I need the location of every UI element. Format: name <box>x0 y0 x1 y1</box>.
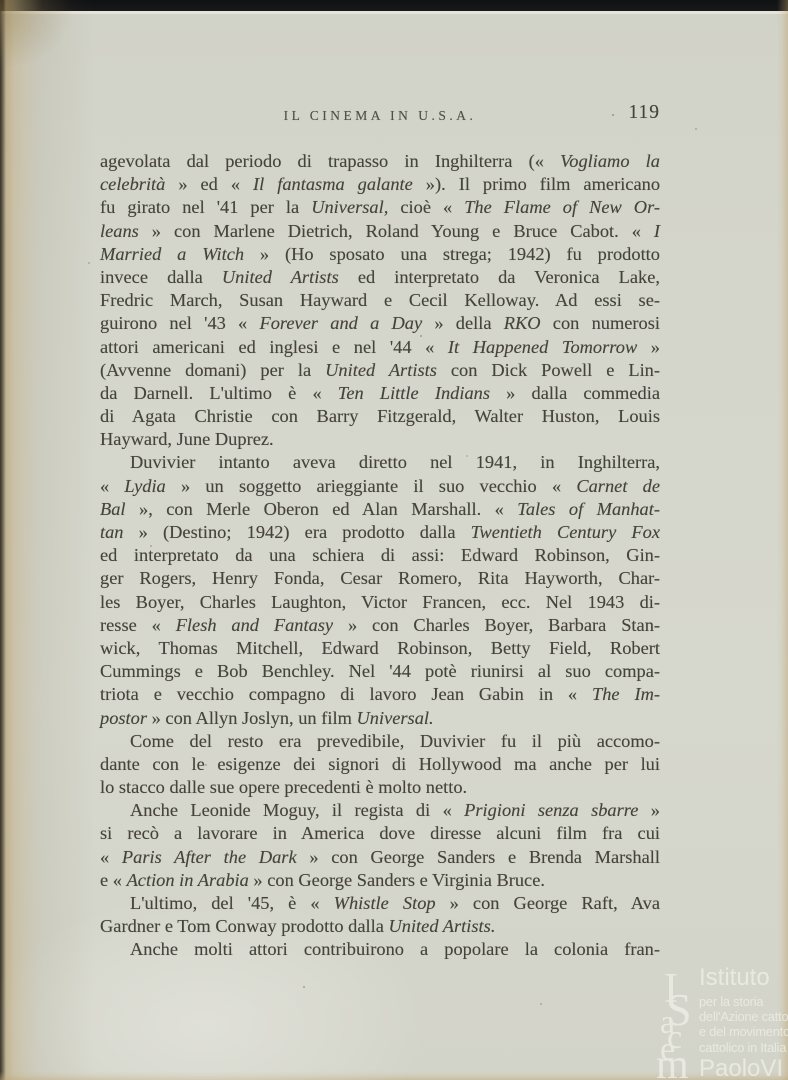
watermark-text-line: per la storia <box>699 996 788 1009</box>
isacem-logo-letter: c <box>667 1021 682 1055</box>
text-line: attori americani ed inglesi e nel '44 « … <box>100 336 660 359</box>
text-line: wick, Thomas Mitchell, Edward Robinson, … <box>100 637 660 660</box>
watermark-text-line: cattolico in Italia <box>699 1042 788 1055</box>
text-line: leans » con Marlene Dietrich, Roland You… <box>100 220 660 243</box>
text-line: agevolata dal periodo di trapasso in Ing… <box>100 150 660 173</box>
text-line: Gardner e Tom Conway prodotto dalla Unit… <box>100 915 660 938</box>
watermark-text-line: Istituto <box>699 966 788 990</box>
isacem-logo-letter: S <box>666 987 692 1033</box>
text-line: « Paris After the Dark » con George Sand… <box>100 846 660 869</box>
text-line: Duvivier intanto aveva diretto nel 1941,… <box>100 451 660 474</box>
text-line: (Avvenne domani) per la United Artists c… <box>100 359 660 382</box>
text-line: « Lydia » un soggetto arieggiante il suo… <box>100 475 660 498</box>
book-page-scan: IL CINEMA IN U.S.A. 119 agevolata dal pe… <box>0 0 788 1080</box>
isacem-logo-letter: e <box>660 1033 675 1067</box>
text-line: Anche molti attori contribuirono a popol… <box>100 938 660 961</box>
text-line: lo stacco dalle sue opere precedenti è m… <box>100 776 660 799</box>
text-line: si recò a lavorare in America dove dires… <box>100 822 660 845</box>
text-line: Bal », con Merle Oberon ed Alan Marshall… <box>100 498 660 521</box>
text-line: ed interpretato da una schiera di assi: … <box>100 544 660 567</box>
text-line: triota e vecchio compagno di lavoro Jean… <box>100 683 660 706</box>
isacem-logo: ISacem <box>652 964 698 1080</box>
text-line: postor » con Allyn Joslyn, un film Unive… <box>100 707 660 730</box>
text-line: Fredric March, Susan Hayward e Cecil Kel… <box>100 289 660 312</box>
running-title: IL CINEMA IN U.S.A. <box>100 108 660 124</box>
isacem-logo-letter: a <box>660 1006 675 1040</box>
text-line: Anche Leonide Moguy, il regista di « Pri… <box>100 799 660 822</box>
text-line: Cummings e Bob Benchley. Nel '44 potè ri… <box>100 660 660 683</box>
text-line: guirono nel '43 « Forever and a Day » de… <box>100 312 660 335</box>
paper-specks <box>0 0 2 2</box>
page-bottom-edge <box>0 1071 788 1080</box>
page-header: IL CINEMA IN U.S.A. 119 <box>100 105 660 129</box>
isacem-logo-letter: I <box>664 968 678 1010</box>
watermark-text: Istitutoper la storiadell'Azione cattoli… <box>699 966 788 1080</box>
watermark: ISacem Istitutoper la storiadell'Azione … <box>652 964 788 1080</box>
text-line: ger Rogers, Henry Fonda, Cesar Romero, R… <box>100 567 660 590</box>
text-line: Hayward, June Duprez. <box>100 428 660 451</box>
text-line: da Darnell. L'ultimo è « Ten Little Indi… <box>100 382 660 405</box>
page-gutter-edge <box>0 0 42 1080</box>
text-line: Married a Witch » (Ho sposato una strega… <box>100 243 660 266</box>
text-line: celebrità » ed « Il fantasma galante »).… <box>100 173 660 196</box>
page-right-edge <box>777 0 788 1080</box>
text-line: dante con le esigenze dei signori di Hol… <box>100 753 660 776</box>
watermark-text-line: dell'Azione cattolica <box>699 1011 788 1024</box>
text-line: tan » (Destino; 1942) era prodotto dalla… <box>100 521 660 544</box>
text-line: L'ultimo, del '45, è « Whistle Stop » co… <box>100 892 660 915</box>
watermark-text-line: e del movimento <box>699 1026 788 1039</box>
text-line: e « Action in Arabia » con George Sander… <box>100 869 660 892</box>
page-number: 119 <box>628 102 660 124</box>
text-line: resse « Flesh and Fantasy » con Charles … <box>100 614 660 637</box>
text-line: invece dalla United Artists ed interpret… <box>100 266 660 289</box>
text-line: di Agata Christie con Barry Fitzgerald, … <box>100 405 660 428</box>
text-line: les Boyer, Charles Laughton, Victor Fran… <box>100 591 660 614</box>
text-line: Come del resto era prevedibile, Duvivier… <box>100 730 660 753</box>
page-corner-shadow <box>0 0 140 110</box>
text-line: fu girato nel '41 per la Universal, cioè… <box>100 196 660 219</box>
text-block: agevolata dal periodo di trapasso in Ing… <box>100 150 660 962</box>
